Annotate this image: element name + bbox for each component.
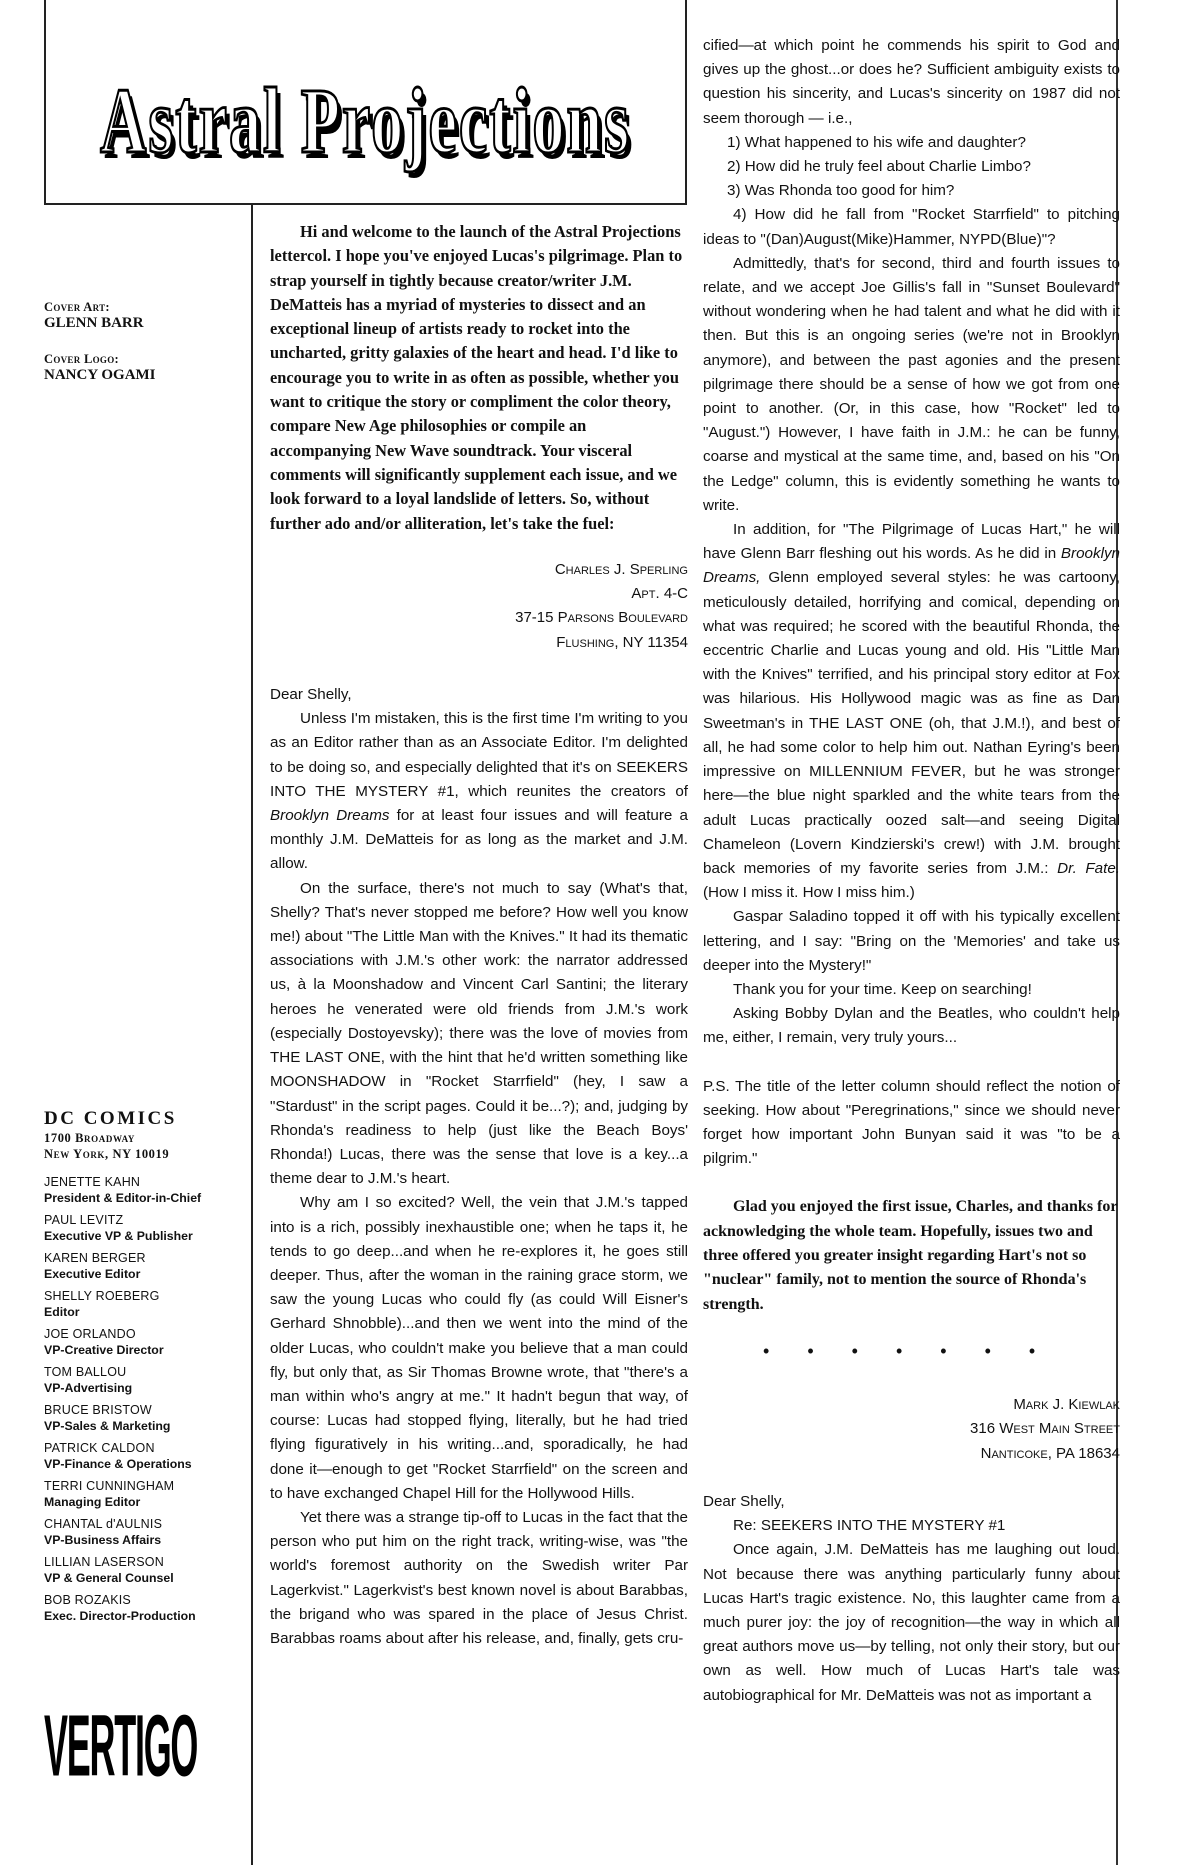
staff-list: JENETTE KAHNPresident & Editor-in-Chief … — [44, 1174, 249, 1624]
letter-paragraph: Admittedly, that's for second, third and… — [703, 252, 1120, 518]
section-separator: • • • • • • • — [763, 1339, 1120, 1363]
staff-item: PATRICK CALDONVP-Finance & Operations — [44, 1440, 249, 1472]
sender-name: Charles J. Sperling — [270, 558, 688, 582]
staff-role: Managing Editor — [44, 1494, 249, 1510]
staff-role: VP-Creative Director — [44, 1342, 249, 1358]
letter-paragraph: Thank you for your time. Keep on searchi… — [703, 978, 1120, 1002]
staff-item: PAUL LEVITZExecutive VP & Publisher — [44, 1212, 249, 1244]
staff-name: PAUL LEVITZ — [44, 1212, 249, 1228]
staff-item: JOE ORLANDOVP-Creative Director — [44, 1326, 249, 1358]
question-item: 4) How did he fall from "Rocket Starrfie… — [703, 203, 1120, 251]
staff-role: VP-Sales & Marketing — [44, 1418, 249, 1434]
letter-paragraph: In addition, for "The Pilgrimage of Luca… — [703, 518, 1120, 905]
staff-name: BOB ROZAKIS — [44, 1592, 249, 1608]
question-item: 3) Was Rhonda too good for him? — [703, 179, 1120, 203]
separator-dot: • — [1029, 1339, 1035, 1363]
letter-paragraph: Why am I so excited? Well, the vein that… — [270, 1191, 688, 1506]
separator-dot: • — [852, 1339, 858, 1363]
letter-paragraph: cified—at which point he commends his sp… — [703, 34, 1120, 131]
sender-line: 316 West Main Street — [703, 1417, 1120, 1441]
text-span: Glenn employed several styles: he was ca… — [703, 569, 1120, 876]
staff-role: VP-Finance & Operations — [44, 1456, 249, 1472]
staff-role: Editor — [44, 1304, 249, 1320]
letter-paragraph: Gaspar Saladino topped it off with his t… — [703, 905, 1120, 978]
staff-role: President & Editor-in-Chief — [44, 1190, 249, 1206]
text-span: (How I miss it. How I miss him.) — [703, 884, 915, 901]
staff-role: VP-Advertising — [44, 1380, 249, 1396]
text-span: Unless I'm mistaken, this is the first t… — [270, 710, 688, 800]
page-title: Astral Projections — [46, 68, 685, 175]
salutation: Dear Shelly, — [270, 683, 688, 707]
letter-paragraph: Unless I'm mistaken, this is the first t… — [270, 707, 688, 876]
question-item: 2) How did he truly feel about Charlie L… — [703, 155, 1120, 179]
letter-paragraph: On the surface, there's not much to say … — [270, 877, 688, 1192]
sender-line: Apt. 4-C — [270, 582, 688, 606]
staff-item: SHELLY ROEBERGEditor — [44, 1288, 249, 1320]
question-item: 1) What happened to his wife and daughte… — [703, 131, 1120, 155]
staff-name: JENETTE KAHN — [44, 1174, 249, 1190]
staff-name: KAREN BERGER — [44, 1250, 249, 1266]
sender-address-1: Charles J. Sperling Apt. 4-C 37-15 Parso… — [270, 558, 688, 655]
staff-role: VP-Business Affairs — [44, 1532, 249, 1548]
staff-name: BRUCE BRISTOW — [44, 1402, 249, 1418]
publisher-address-line2: New York, NY 10019 — [44, 1146, 249, 1162]
separator-dot: • — [940, 1339, 946, 1363]
separator-dot: • — [985, 1339, 991, 1363]
staff-item: BOB ROZAKISExec. Director-Production — [44, 1592, 249, 1624]
staff-name: SHELLY ROEBERG — [44, 1288, 249, 1304]
staff-name: TOM BALLOU — [44, 1364, 249, 1380]
publisher-name: DC COMICS — [44, 1108, 249, 1130]
staff-name: JOE ORLANDO — [44, 1326, 249, 1342]
sender-line: 37-15 Parsons Boulevard — [270, 606, 688, 630]
publisher-block: DC COMICS 1700 Broadway New York, NY 100… — [44, 1108, 249, 1630]
separator-dot: • — [896, 1339, 902, 1363]
staff-item: BRUCE BRISTOWVP-Sales & Marketing — [44, 1402, 249, 1434]
separator-dot: • — [807, 1339, 813, 1363]
salutation: Dear Shelly, — [703, 1490, 1120, 1514]
letter-paragraph: Once again, J.M. DeMatteis has me laughi… — [703, 1538, 1120, 1707]
letter-paragraph: Asking Bobby Dylan and the Beatles, who … — [703, 1002, 1120, 1050]
title-box: Astral Projections — [44, 0, 687, 205]
staff-role: Exec. Director-Production — [44, 1608, 249, 1624]
editor-reply: Glad you enjoyed the first issue, Charle… — [703, 1195, 1120, 1316]
staff-name: TERRI CUNNINGHAM — [44, 1478, 249, 1494]
vertigo-logo: VERTIGO — [44, 1705, 162, 1825]
credit-label: Cover Art: — [44, 300, 244, 315]
staff-item: CHANTAL d'AULNISVP-Business Affairs — [44, 1516, 249, 1548]
editor-intro: Hi and welcome to the launch of the Astr… — [270, 220, 688, 536]
staff-name: PATRICK CALDON — [44, 1440, 249, 1456]
postscript: P.S. The title of the letter column shou… — [703, 1075, 1120, 1172]
staff-role: VP & General Counsel — [44, 1570, 249, 1586]
staff-item: KAREN BERGERExecutive Editor — [44, 1250, 249, 1282]
staff-item: TOM BALLOUVP-Advertising — [44, 1364, 249, 1396]
credit-label: Cover Logo: — [44, 352, 244, 367]
staff-role: Executive Editor — [44, 1266, 249, 1282]
publisher-address-line1: 1700 Broadway — [44, 1130, 249, 1146]
credit-name: NANCY OGAMI — [44, 367, 244, 384]
column-divider-left — [251, 205, 253, 1865]
sender-line: Nanticoke, PA 18634 — [703, 1442, 1120, 1466]
text-span: In addition, for "The Pilgrimage of Luca… — [703, 521, 1120, 562]
sender-name: Mark J. Kiewlak — [703, 1393, 1120, 1417]
staff-role: Executive VP & Publisher — [44, 1228, 249, 1244]
letters-column-right: cified—at which point he commends his sp… — [703, 34, 1120, 1708]
letter-paragraph: Yet there was a strange tip-off to Lucas… — [270, 1506, 688, 1651]
letters-column-middle: Hi and welcome to the launch of the Astr… — [270, 220, 688, 1651]
italic-title: Brooklyn Dreams — [270, 807, 389, 824]
staff-item: JENETTE KAHNPresident & Editor-in-Chief — [44, 1174, 249, 1206]
sender-line: Flushing, NY 11354 — [270, 631, 688, 655]
staff-item: TERRI CUNNINGHAMManaging Editor — [44, 1478, 249, 1510]
italic-title: Dr. Fate. — [1057, 860, 1120, 877]
separator-dot: • — [763, 1339, 769, 1363]
staff-item: LILLIAN LASERSONVP & General Counsel — [44, 1554, 249, 1586]
sender-address-2: Mark J. Kiewlak 316 West Main Street Nan… — [703, 1393, 1120, 1466]
cover-credits: Cover Art: GLENN BARR Cover Logo: NANCY … — [44, 300, 244, 404]
letter-subject: Re: SEEKERS INTO THE MYSTERY #1 — [703, 1514, 1120, 1538]
staff-name: LILLIAN LASERSON — [44, 1554, 249, 1570]
staff-name: CHANTAL d'AULNIS — [44, 1516, 249, 1532]
credit-name: GLENN BARR — [44, 315, 244, 332]
